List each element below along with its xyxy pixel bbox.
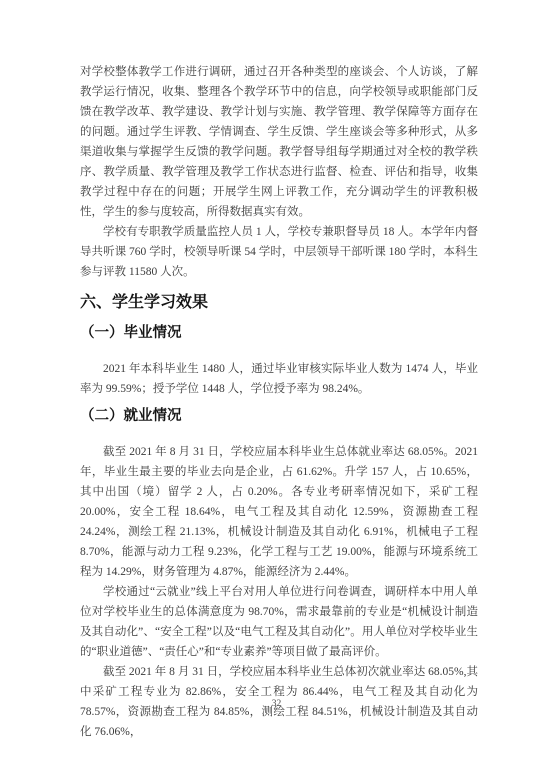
paragraph-employer-survey: 学校通过“云就业”线上平台对用人单位进行问卷调查，调研样本中用人单位对学校毕业生…	[80, 582, 478, 662]
paragraph-graduation-stats: 2021 年本科毕业生 1480 人，通过毕业审核实际毕业人数为 1474 人，…	[80, 359, 478, 399]
page-content: 对学校整体教学工作进行调研，通过召开各种类型的座谈会、个人访谈，了解教学运行情况…	[80, 62, 478, 742]
subsection-title-employment: （二）就业情况	[80, 408, 478, 425]
subsection-title-graduation: （一）毕业情况	[80, 325, 478, 342]
section-title-student-learning-outcomes: 六、学生学习效果	[80, 293, 478, 312]
paragraph-employment-rate: 截至 2021 年 8 月 31 日，学校应届本科毕业生总体就业率达 68.05…	[80, 442, 478, 582]
paragraph-teaching-survey: 对学校整体教学工作进行调研，通过召开各种类型的座谈会、个人访谈，了解教学运行情况…	[80, 62, 478, 222]
page-number: 32	[0, 699, 553, 709]
document-page: 对学校整体教学工作进行调研，通过召开各种类型的座谈会、个人访谈，了解教学运行情况…	[0, 0, 553, 783]
paragraph-supervision-stats: 学校有专职教学质量监控人员 1 人，学校专兼职督导员 18 人。本学年内督导共听…	[80, 222, 478, 282]
